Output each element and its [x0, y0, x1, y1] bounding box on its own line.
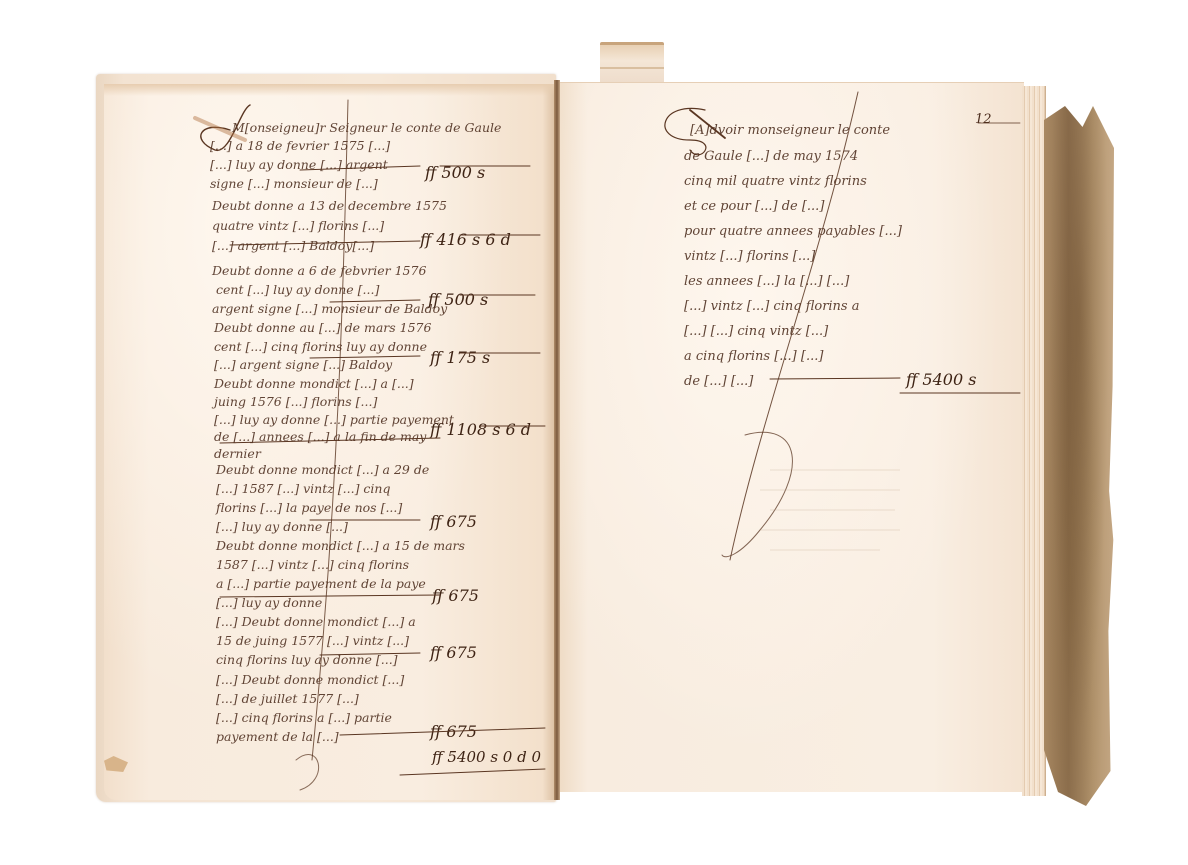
- entry-line: Deubt donne mondict [...] a 29 de: [216, 462, 429, 477]
- entry-line: Deubt donne mondict [...] a 15 de mars: [216, 538, 465, 553]
- entry-line: et ce pour [...] de [...]: [684, 199, 824, 214]
- entry-line: dernier: [214, 446, 261, 461]
- entry-line: [...] [...] cinq vintz [...]: [684, 324, 828, 339]
- entry-line: 15 de juing 1577 [...] vintz [...]: [216, 633, 409, 648]
- entry-amount: ff 500 s: [428, 290, 488, 309]
- page-total: ff 5400 s 0 d 0: [432, 748, 541, 766]
- entry-line: M[onseigneu]r Seigneur le conte de Gaule: [232, 120, 501, 135]
- book-gutter: [554, 80, 560, 800]
- entry-amount: ff 675: [432, 586, 479, 605]
- entry-line: [...] argent [...] Baldoy[...]: [212, 238, 374, 253]
- entry-line: [...] 1587 [...] vintz [...] cinq: [216, 481, 390, 496]
- entry-line: cinq florins luy ay donne [...]: [216, 652, 398, 667]
- entry-line: [...] vintz [...] cinq florins a: [684, 299, 860, 314]
- entry-amount: ff 1108 s 6 d: [430, 420, 531, 439]
- entry-line: Deubt donne mondict [...] a [...]: [214, 376, 414, 391]
- entry-line: [...] Deubt donne mondict [...]: [216, 672, 404, 687]
- entry-line: pour quatre annees payables [...]: [684, 224, 902, 239]
- entry-line: de [...] annees [...] a la fin de may: [214, 429, 426, 444]
- entry-amount: ff 5400 s: [906, 370, 976, 389]
- entry-amount: ff 675: [430, 643, 477, 662]
- entry-line: quatre vintz [...] florins [...]: [212, 218, 384, 233]
- entry-line: signe [...] monsieur de [...]: [210, 176, 378, 191]
- entry-amount: ff 175 s: [430, 348, 490, 367]
- entry-line: [...] luy ay donne: [216, 595, 322, 610]
- entry-line: [...] luy ay donne [...] partie payement: [214, 412, 454, 427]
- entry-line: de Gaule [...] de may 1574: [684, 149, 858, 164]
- entry-line: [...] Deubt donne mondict [...] a: [216, 614, 416, 629]
- entry-line: de [...] [...]: [684, 374, 753, 389]
- entry-amount: ff 675: [430, 512, 477, 531]
- entry-line: a cinq florins [...] [...]: [684, 349, 823, 364]
- entry-line: florins [...] la paye de nos [...]: [216, 500, 402, 515]
- entry-line: [...] a 18 de fevrier 1575 [...]: [210, 138, 390, 153]
- entry-line: payement de la [...]: [216, 729, 339, 744]
- entry-line: cent [...] luy ay donne [...]: [216, 282, 379, 297]
- entry-line: cinq mil quatre vintz florins: [684, 174, 867, 189]
- folio-number: 12: [975, 112, 992, 127]
- entry-line: les annees [...] la [...] [...]: [684, 274, 849, 289]
- entry-line: [A]dvoir monseigneur le conte: [690, 123, 890, 138]
- manuscript-photo: M[onseigneu]r Seigneur le conte de Gaule…: [0, 0, 1188, 865]
- entry-line: juing 1576 [...] florins [...]: [214, 394, 377, 409]
- entry-line: Deubt donne au [...] de mars 1576: [214, 320, 431, 335]
- entry-line: argent signe [...] monsieur de Baldoy: [212, 301, 447, 316]
- entry-amount: ff 500 s: [425, 163, 485, 182]
- entry-line: 1587 [...] vintz [...] cinq florins: [216, 557, 409, 572]
- entry-line: Deubt donne a 13 de decembre 1575: [212, 198, 447, 213]
- entry-line: [...] de juillet 1577 [...]: [216, 691, 359, 706]
- vellum-spine: [1044, 106, 1114, 806]
- entry-amount: ff 416 s 6 d: [420, 230, 511, 249]
- entry-line: Deubt donne a 6 de febvrier 1576: [212, 263, 426, 278]
- entry-line: [...] luy ay donne [...]: [216, 519, 348, 534]
- bookmark-tab: [600, 42, 664, 84]
- entry-line: [...] luy ay donne [...] argent: [210, 157, 388, 172]
- entry-line: a [...] partie payement de la paye: [216, 576, 426, 591]
- entry-line: vintz [...] florins [...]: [684, 249, 815, 264]
- page-edges: [1022, 86, 1046, 796]
- entry-line: [...] cinq florins a [...] partie: [216, 710, 392, 725]
- entry-line: cent [...] cinq florins luy ay donne: [214, 339, 427, 354]
- entry-line: [...] argent signe [...] Baldoy: [214, 357, 392, 372]
- entry-amount: ff 675: [430, 722, 477, 741]
